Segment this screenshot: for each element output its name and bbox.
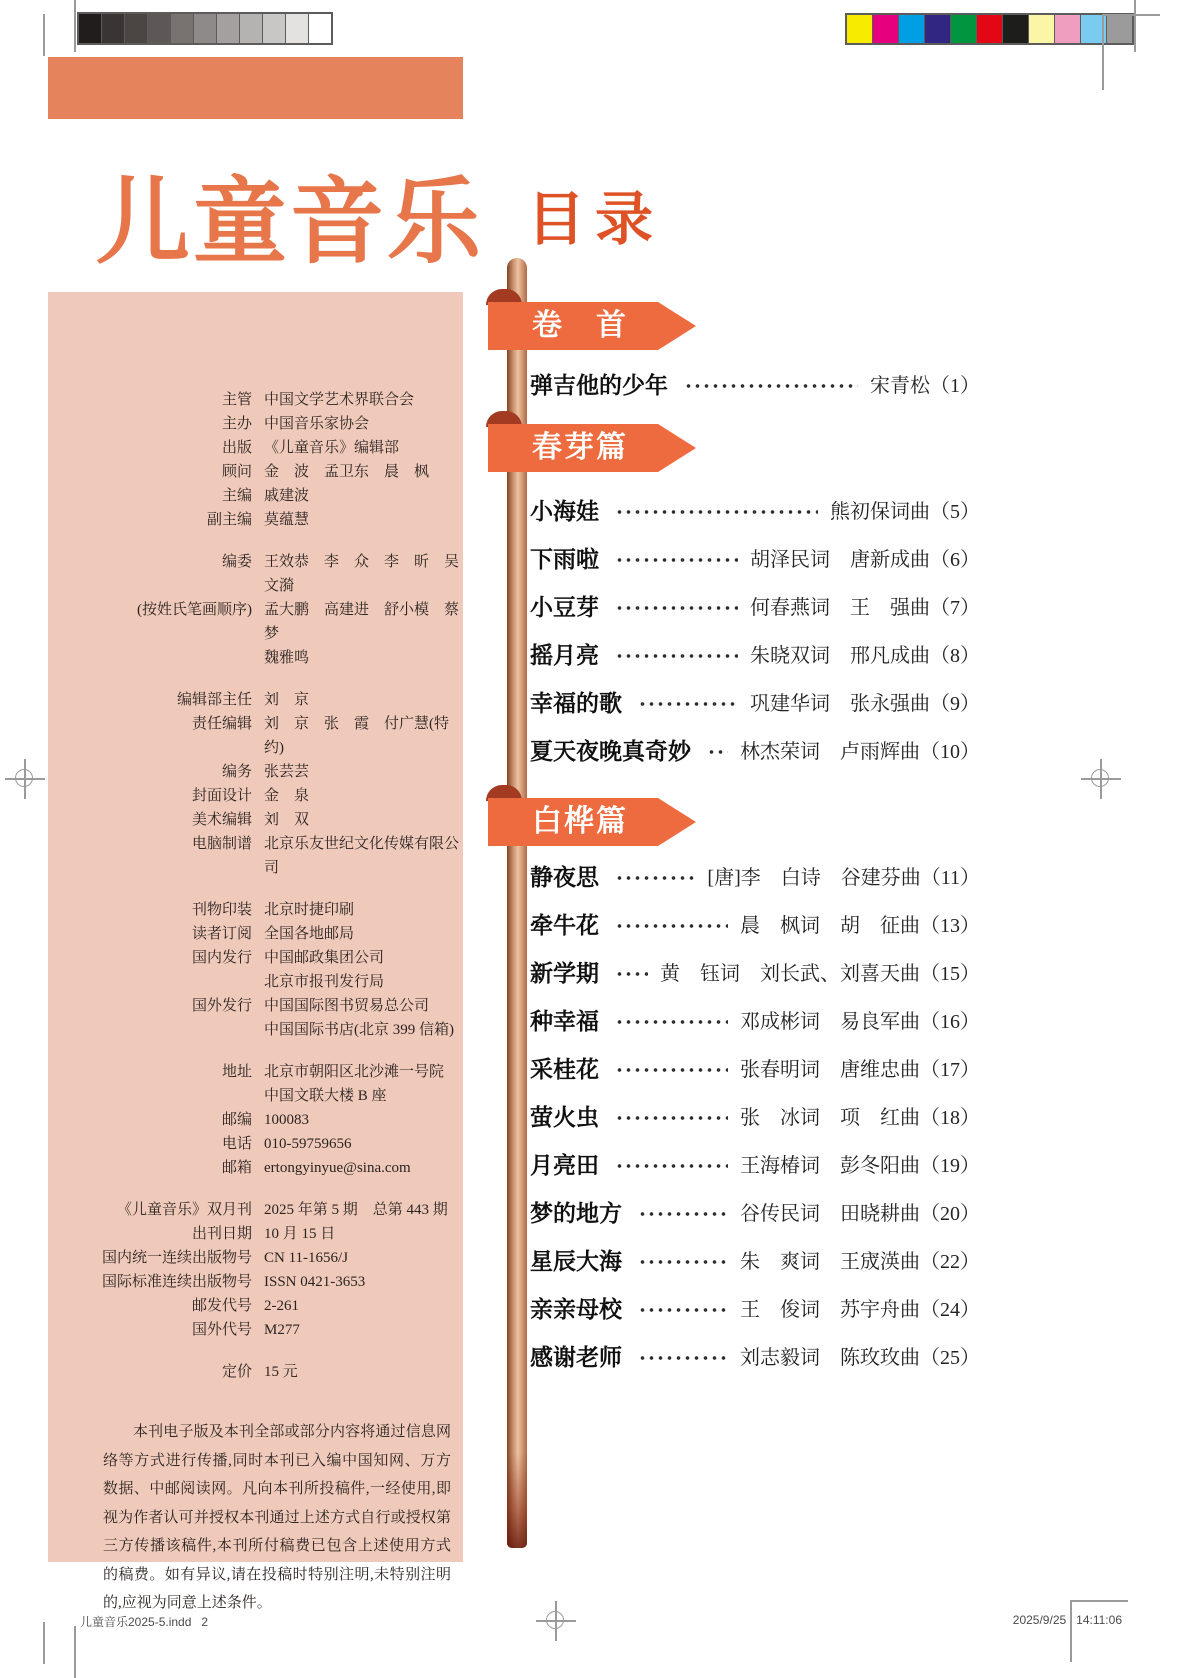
color-swatch (1003, 15, 1029, 43)
crop-mark-top-right-h (1102, 14, 1160, 16)
masthead-row: 刊物印装北京时捷印刷 (48, 898, 463, 922)
masthead-label (48, 1018, 252, 1042)
masthead-row: 定价15 元 (48, 1360, 463, 1384)
masthead-value: 《儿童音乐》编辑部 (264, 436, 463, 460)
dotted-leader (638, 1211, 728, 1217)
gray-swatch (309, 14, 331, 43)
toc-entry: 月亮田王海椿词 彭冬阳曲（19） (530, 1139, 980, 1187)
masthead-value: 刘 双 (264, 808, 463, 832)
toc-entry-authors-page: 张 冰词 项 红曲（18） (740, 1101, 980, 1130)
masthead-row: 国外发行中国国际图书贸易总公司 (48, 994, 463, 1018)
section-banner: 卷 首 (488, 302, 696, 350)
gray-swatch (148, 14, 171, 43)
dotted-leader (615, 1067, 728, 1073)
masthead-value: 010-59759656 (264, 1132, 463, 1156)
color-swatch (847, 15, 873, 43)
masthead-label: 编务 (48, 760, 252, 784)
crop-mark-bottom-right-h (1070, 1600, 1128, 1602)
masthead-row: 邮编100083 (48, 1108, 463, 1132)
masthead-label: 读者订阅 (48, 922, 252, 946)
masthead-row: 顾问金 波 孟卫东 晨 枫 (48, 460, 463, 484)
masthead-value: ertongyinyue@sina.com (264, 1156, 463, 1180)
toc-entry-title: 夏天夜晚真奇妙 (530, 733, 691, 766)
masthead-row: 国外代号M277 (48, 1318, 463, 1342)
color-swatch (1029, 15, 1055, 43)
masthead-row: 《儿童音乐》双月刊2025 年第 5 期 总第 443 期 (48, 1198, 463, 1222)
dotted-leader (615, 1115, 728, 1121)
toc-entry: 星辰大海朱 爽词 王宬渶曲（22） (530, 1235, 980, 1283)
masthead-label: 出版 (48, 436, 252, 460)
toc-entry-authors-page: 胡泽民词 唐新成曲（6） (750, 543, 980, 572)
masthead-value: 刘 京 张 霞 付广慧(特约) (264, 712, 463, 760)
toc-entry-authors-page: 王海椿词 彭冬阳曲（19） (740, 1149, 980, 1178)
masthead-value: 北京市朝阳区北沙滩一号院 (264, 1060, 463, 1084)
masthead-rows: 主管中国文学艺术界联合会主办中国音乐家协会出版《儿童音乐》编辑部顾问金 波 孟卫… (48, 388, 463, 1384)
masthead-value: 王效恭 李 众 李 昕 吴文漪 (264, 550, 463, 598)
footer-timestamp: 2025/9/25 14:11:06 (1013, 1613, 1122, 1627)
masthead-row: 主编戚建波 (48, 484, 463, 508)
toc-entry-authors-page: 何春燕词 王 强曲（7） (750, 591, 980, 620)
masthead-row: 副主编莫蕴慧 (48, 508, 463, 532)
masthead-row: 邮发代号2-261 (48, 1294, 463, 1318)
toc-entry-authors-page: [唐]李 白诗 谷建芬曲（11） (707, 861, 980, 890)
color-swatch (951, 15, 977, 43)
masthead-value: CN 11-1656/J (264, 1246, 463, 1270)
dotted-leader (615, 875, 695, 881)
masthead-value: ISSN 0421-3653 (264, 1270, 463, 1294)
toc-entry-title: 幸福的歌 (530, 685, 622, 718)
masthead-value: 北京时捷印刷 (264, 898, 463, 922)
masthead-label: 邮编 (48, 1108, 252, 1132)
masthead-row: 责任编辑刘 京 张 霞 付广慧(特约) (48, 712, 463, 760)
dotted-leader (638, 1355, 728, 1361)
masthead-label: 国内发行 (48, 946, 252, 970)
toc-entry: 下雨啦胡泽民词 唐新成曲（6） (530, 533, 980, 581)
masthead-row: (按姓氏笔画顺序)孟大鹏 高建进 舒小模 蔡 梦 (48, 598, 463, 646)
masthead-row: 中国文联大楼 B 座 (48, 1084, 463, 1108)
masthead-row: 国内发行中国邮政集团公司 (48, 946, 463, 970)
dotted-leader (615, 653, 738, 659)
footer-filename: 儿童音乐2025-5.indd 2 (80, 1613, 208, 1630)
masthead-value: M277 (264, 1318, 463, 1342)
masthead-label: 电话 (48, 1132, 252, 1156)
masthead-value: 中国文学艺术界联合会 (264, 388, 463, 412)
masthead-row: 编务张芸芸 (48, 760, 463, 784)
toc-entry: 小海娃熊初保词曲（5） (530, 485, 980, 533)
masthead-row: 主办中国音乐家协会 (48, 412, 463, 436)
header-accent-bar (48, 57, 463, 119)
masthead-label: 责任编辑 (48, 712, 252, 760)
masthead-group: 刊物印装北京时捷印刷读者订阅全国各地邮局国内发行中国邮政集团公司北京市报刊发行局… (48, 898, 463, 1042)
masthead-row: 电脑制谱北京乐友世纪文化传媒有限公司 (48, 832, 463, 880)
dotted-leader (615, 605, 738, 611)
masthead-label: 编委 (48, 550, 252, 598)
toc-entry: 新学期黄 钰词 刘长武、刘喜天曲（15） (530, 947, 980, 995)
toc-entry-authors-page: 晨 枫词 胡 征曲（13） (740, 909, 980, 938)
dotted-leader (615, 923, 728, 929)
toc-entry-authors-page: 谷传民词 田晓耕曲（20） (740, 1197, 980, 1226)
masthead-group: 编委王效恭 李 众 李 昕 吴文漪(按姓氏笔画顺序)孟大鹏 高建进 舒小模 蔡 … (48, 550, 463, 670)
masthead-value: 2025 年第 5 期 总第 443 期 (264, 1198, 463, 1222)
toc-entry-authors-page: 熊初保词曲（5） (830, 495, 980, 524)
masthead-label: 国外发行 (48, 994, 252, 1018)
masthead-value: 全国各地邮局 (264, 922, 463, 946)
toc-entry-title: 月亮田 (530, 1147, 599, 1180)
masthead-label: 国外代号 (48, 1318, 252, 1342)
crop-mark-bottom-left (74, 1626, 76, 1678)
masthead-value: 金 波 孟卫东 晨 枫 (264, 460, 463, 484)
gray-swatch (194, 14, 217, 43)
toc-entry: 感谢老师刘志毅词 陈玫玫曲（25） (530, 1331, 980, 1379)
masthead-row: 中国国际书店(北京 399 信箱) (48, 1018, 463, 1042)
dotted-leader (707, 749, 728, 755)
masthead-value: 莫蕴慧 (264, 508, 463, 532)
crop-mark-bottom-right-v (1070, 1600, 1072, 1662)
toc-entry: 亲亲母校王 俊词 苏宇舟曲（24） (530, 1283, 980, 1331)
gray-swatch (125, 14, 148, 43)
registration-target-right (1081, 759, 1121, 799)
cmyk-calibration-bar (845, 13, 1134, 45)
magazine-title: 儿童音乐 (96, 146, 484, 281)
section-title: 卷 首 (532, 302, 628, 350)
masthead-value: 中国邮政集团公司 (264, 946, 463, 970)
toc-entry-authors-page: 朱晓双词 邢凡成曲（8） (750, 639, 980, 668)
masthead-row: 北京市报刊发行局 (48, 970, 463, 994)
toc-entry: 种幸福邓成彬词 易良军曲（16） (530, 995, 980, 1043)
masthead-row: 读者订阅全国各地邮局 (48, 922, 463, 946)
toc-entry-title: 弹吉他的少年 (530, 367, 668, 400)
masthead-label: 顾问 (48, 460, 252, 484)
toc-entry-title: 静夜思 (530, 859, 599, 892)
masthead-row: 美术编辑刘 双 (48, 808, 463, 832)
toc-entry: 幸福的歌巩建华词 张永强曲（9） (530, 677, 980, 725)
toc-entry-authors-page: 张春明词 唐维忠曲（17） (740, 1053, 980, 1082)
dotted-leader (615, 509, 818, 515)
masthead-label: 出刊日期 (48, 1222, 252, 1246)
gray-swatch (171, 14, 194, 43)
masthead-value: 戚建波 (264, 484, 463, 508)
registration-target-bottom (536, 1601, 576, 1641)
masthead-group: 主管中国文学艺术界联合会主办中国音乐家协会出版《儿童音乐》编辑部顾问金 波 孟卫… (48, 388, 463, 532)
section-banner: 春芽篇 (488, 424, 696, 472)
masthead-row: 地址北京市朝阳区北沙滩一号院 (48, 1060, 463, 1084)
crop-mark-bottom-left-2 (43, 1622, 45, 1664)
toc-entry-authors-page: 王 俊词 苏宇舟曲（24） (740, 1293, 980, 1322)
masthead-value: 北京乐友世纪文化传媒有限公司 (264, 832, 463, 880)
masthead-label (48, 1084, 252, 1108)
dotted-leader (638, 701, 738, 707)
toc-entry-title: 采桂花 (530, 1051, 599, 1084)
crop-mark-top-right (1134, 0, 1136, 52)
toc-entry-title: 星辰大海 (530, 1243, 622, 1276)
masthead-label: 主编 (48, 484, 252, 508)
masthead-row: 封面设计金 泉 (48, 784, 463, 808)
dotted-leader (615, 971, 648, 977)
masthead-value: 15 元 (264, 1360, 463, 1384)
masthead-value: 100083 (264, 1108, 463, 1132)
toc-entry-title: 新学期 (530, 955, 599, 988)
copyright-notice: 本刊电子版及本刊全部或部分内容将通过信息网络等方式进行传播,同时本刊已入编中国知… (103, 1418, 451, 1618)
masthead-label: 编辑部主任 (48, 688, 252, 712)
gray-swatch (102, 14, 125, 43)
masthead-label (48, 646, 252, 670)
crop-mark-top-left-2 (43, 14, 45, 56)
registration-target-left (5, 759, 45, 799)
masthead-panel: 主管中国文学艺术界联合会主办中国音乐家协会出版《儿童音乐》编辑部顾问金 波 孟卫… (48, 292, 463, 1562)
dotted-leader (638, 1307, 728, 1313)
toc-entry-title: 牵牛花 (530, 907, 599, 940)
masthead-value: 张芸芸 (264, 760, 463, 784)
toc-entry-authors-page: 黄 钰词 刘长武、刘喜天曲（15） (660, 957, 980, 986)
color-swatch (1107, 15, 1132, 43)
masthead-label (48, 970, 252, 994)
crop-mark-top-right-v (1102, 14, 1104, 90)
masthead-label: 电脑制谱 (48, 832, 252, 880)
masthead-row: 编委王效恭 李 众 李 昕 吴文漪 (48, 550, 463, 598)
dotted-leader (615, 1019, 728, 1025)
toc-entry: 弹吉他的少年宋青松（1） (530, 359, 980, 407)
toc-entry-authors-page: 宋青松（1） (870, 369, 980, 398)
toc-entry-title: 小海娃 (530, 493, 599, 526)
toc-entry-title: 下雨啦 (530, 541, 599, 574)
toc-entry-title: 梦的地方 (530, 1195, 622, 1228)
masthead-row: 魏雅鸣 (48, 646, 463, 670)
toc-column: 卷 首弹吉他的少年宋青松（1）春芽篇小海娃熊初保词曲（5）下雨啦胡泽民词 唐新成… (488, 255, 988, 1575)
masthead-value: 中国国际图书贸易总公司 (264, 994, 463, 1018)
toc-entry-authors-page: 林杰荣词 卢雨辉曲（10） (740, 735, 980, 764)
toc-entry: 静夜思[唐]李 白诗 谷建芬曲（11） (530, 851, 980, 899)
section-banner: 白桦篇 (488, 798, 696, 846)
gray-swatch (217, 14, 240, 43)
masthead-value: 金 泉 (264, 784, 463, 808)
section-title: 白桦篇 (532, 798, 628, 846)
masthead-value: 中国文联大楼 B 座 (264, 1084, 463, 1108)
toc-entry-title: 感谢老师 (530, 1339, 622, 1372)
masthead-label: 定价 (48, 1360, 252, 1384)
masthead-group: 《儿童音乐》双月刊2025 年第 5 期 总第 443 期出刊日期10 月 15… (48, 1198, 463, 1342)
toc-entry-title: 亲亲母校 (530, 1291, 622, 1324)
masthead-label: 主办 (48, 412, 252, 436)
masthead-row: 出刊日期10 月 15 日 (48, 1222, 463, 1246)
toc-entry-authors-page: 朱 爽词 王宬渶曲（22） (740, 1245, 980, 1274)
grayscale-calibration-bar (77, 12, 333, 45)
dotted-leader (638, 1259, 728, 1265)
toc-entry: 采桂花张春明词 唐维忠曲（17） (530, 1043, 980, 1091)
toc-page-title: 目录 (527, 172, 663, 256)
masthead-row: 邮箱ertongyinyue@sina.com (48, 1156, 463, 1180)
toc-entry-title: 小豆芽 (530, 589, 599, 622)
masthead-group: 编辑部主任刘 京责任编辑刘 京 张 霞 付广慧(特约)编务张芸芸封面设计金 泉美… (48, 688, 463, 880)
toc-entry: 萤火虫张 冰词 项 红曲（18） (530, 1091, 980, 1139)
gray-swatch (263, 14, 286, 43)
toc-entry: 摇月亮朱晓双词 邢凡成曲（8） (530, 629, 980, 677)
masthead-label: 美术编辑 (48, 808, 252, 832)
color-swatch (873, 15, 899, 43)
gray-swatch (79, 14, 102, 43)
toc-entry-title: 种幸福 (530, 1003, 599, 1036)
masthead-row: 编辑部主任刘 京 (48, 688, 463, 712)
masthead-label: 主管 (48, 388, 252, 412)
toc-entry-authors-page: 邓成彬词 易良军曲（16） (740, 1005, 980, 1034)
toc-entry: 夏天夜晚真奇妙林杰荣词 卢雨辉曲（10） (530, 725, 980, 773)
masthead-group: 定价15 元 (48, 1360, 463, 1384)
toc-entry-title: 摇月亮 (530, 637, 599, 670)
masthead-value: 中国音乐家协会 (264, 412, 463, 436)
toc-entry: 牵牛花晨 枫词 胡 征曲（13） (530, 899, 980, 947)
toc-entry-authors-page: 刘志毅词 陈玫玫曲（25） (740, 1341, 980, 1370)
masthead-label: (按姓氏笔画顺序) (48, 598, 252, 646)
masthead-row: 主管中国文学艺术界联合会 (48, 388, 463, 412)
masthead-label: 国际标准连续出版物号 (48, 1270, 252, 1294)
gray-swatch (240, 14, 263, 43)
toc-entry: 小豆芽何春燕词 王 强曲（7） (530, 581, 980, 629)
section-title: 春芽篇 (532, 424, 628, 472)
masthead-value: 北京市报刊发行局 (264, 970, 463, 994)
masthead-row: 国际标准连续出版物号ISSN 0421-3653 (48, 1270, 463, 1294)
dotted-leader (615, 557, 738, 563)
masthead-label: 副主编 (48, 508, 252, 532)
masthead-value: 魏雅鸣 (264, 646, 463, 670)
masthead-label: 《儿童音乐》双月刊 (48, 1198, 252, 1222)
masthead-row: 出版《儿童音乐》编辑部 (48, 436, 463, 460)
color-swatch (1055, 15, 1081, 43)
masthead-label: 邮发代号 (48, 1294, 252, 1318)
masthead-label: 邮箱 (48, 1156, 252, 1180)
masthead-label: 地址 (48, 1060, 252, 1084)
masthead-value: 10 月 15 日 (264, 1222, 463, 1246)
toc-entry-title: 萤火虫 (530, 1099, 599, 1132)
dotted-leader (615, 1163, 728, 1169)
color-swatch (899, 15, 925, 43)
dotted-leader (684, 383, 858, 389)
toc-entry: 梦的地方谷传民词 田晓耕曲（20） (530, 1187, 980, 1235)
masthead-value: 2-261 (264, 1294, 463, 1318)
masthead-row: 国内统一连续出版物号CN 11-1656/J (48, 1246, 463, 1270)
masthead-value: 孟大鹏 高建进 舒小模 蔡 梦 (264, 598, 463, 646)
gray-swatch (286, 14, 309, 43)
masthead-label: 国内统一连续出版物号 (48, 1246, 252, 1270)
crop-mark-top-left (74, 0, 76, 52)
color-swatch (925, 15, 951, 43)
masthead-group: 地址北京市朝阳区北沙滩一号院中国文联大楼 B 座邮编100083电话010-59… (48, 1060, 463, 1180)
color-swatch (977, 15, 1003, 43)
masthead-value: 中国国际书店(北京 399 信箱) (264, 1018, 463, 1042)
masthead-label: 封面设计 (48, 784, 252, 808)
toc-entry-authors-page: 巩建华词 张永强曲（9） (750, 687, 980, 716)
masthead-label: 刊物印装 (48, 898, 252, 922)
masthead-value: 刘 京 (264, 688, 463, 712)
masthead-row: 电话010-59759656 (48, 1132, 463, 1156)
